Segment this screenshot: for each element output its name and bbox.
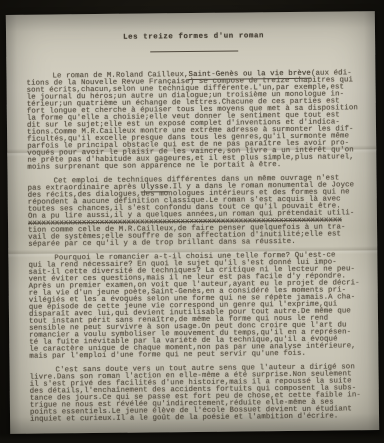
background-edge-bottom <box>0 434 384 443</box>
title-underline-rule <box>150 51 238 53</box>
paragraph-4: C'est sans doute vers un tout autre sens… <box>30 364 366 424</box>
text-line: inquiet et curieux.Il a le goût de la po… <box>30 413 365 424</box>
typed-text-block: Les treize formes d'un roman Le roman de… <box>26 31 365 423</box>
background-edge-right <box>379 0 384 443</box>
text-line: séparée par ce qu'il y a de trop brillan… <box>28 238 363 249</box>
paragraph-1: Le roman de M.Roland Cailleux,Saint-Genè… <box>26 70 362 172</box>
paper-sheet: Les treize formes d'un roman Le roman de… <box>6 11 379 434</box>
text-line: mais par l'emploi d'une forme qui ne peu… <box>29 350 364 361</box>
paragraph-3: Pourquoi le romancier a-t-il choisi une … <box>28 252 364 361</box>
document-title: Les treize formes d'un roman <box>26 31 361 43</box>
photograph-of-typescript: Les treize formes d'un roman Le roman de… <box>0 0 384 443</box>
paragraph-2: Cet emploi de techniques différentes dan… <box>28 175 364 249</box>
text-line: moins surprenant que son apparence ne le… <box>27 161 362 172</box>
